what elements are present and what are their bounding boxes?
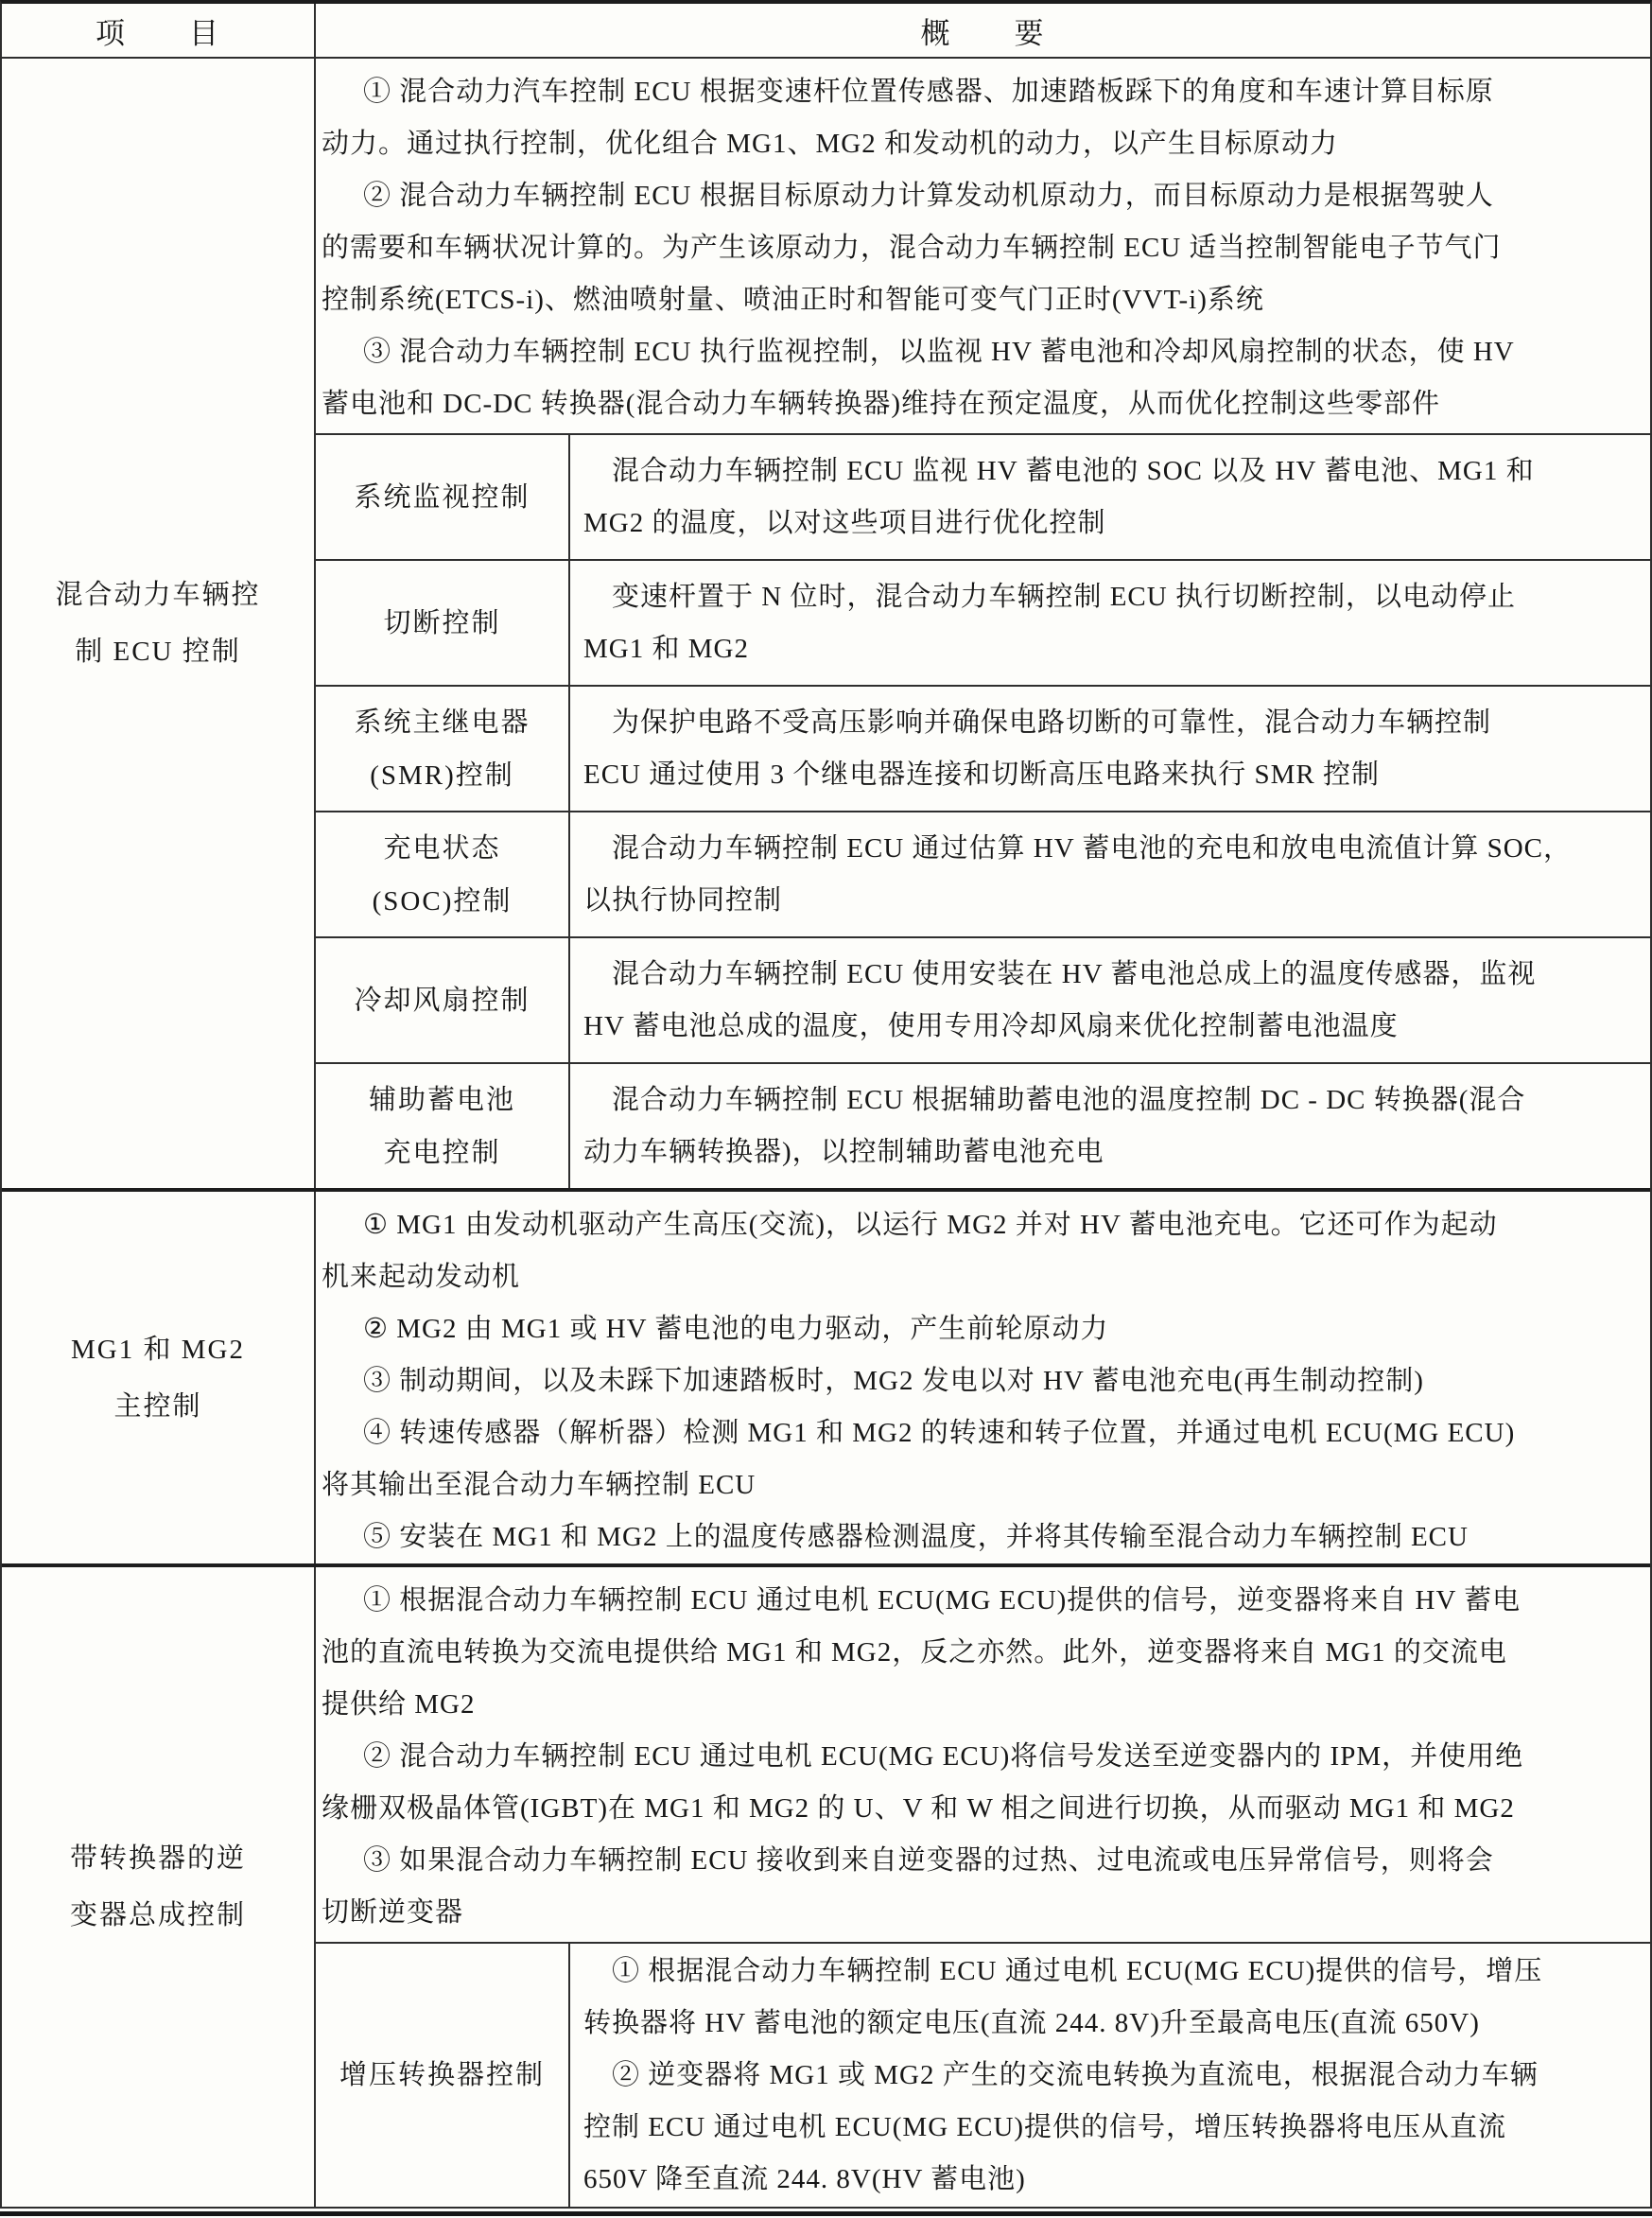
text-line: 混合动力车辆控制 ECU 根据辅助蓄电池的温度控制 DC - DC 转换器(混合: [583, 1074, 1643, 1126]
text-line: 带转换器的逆: [70, 1830, 246, 1887]
section-body: ① MG1 由发动机驱动产生高压(交流)，以运行 MG2 并对 HV 蓄电池充电…: [316, 1192, 1650, 1563]
subrow-aux-battery-charge: 辅助蓄电池充电控制 混合动力车辆控制 ECU 根据辅助蓄电池的温度控制 DC -…: [316, 1062, 1650, 1188]
table-header-row: 项 目 概 要: [2, 4, 1650, 59]
text-line: ECU 通过使用 3 个继电器连接和切断高压电路来执行 SMR 控制: [583, 749, 1643, 801]
subrow-label-cell: 切断控制: [316, 561, 570, 685]
text-line: 系统监视控制: [354, 471, 530, 524]
text-line: ① MG1 由发动机驱动产生高压(交流)，以运行 MG2 并对 HV 蓄电池充电…: [322, 1199, 1639, 1251]
subrow-label-cell: 辅助蓄电池充电控制: [316, 1064, 570, 1188]
subrow-label-cell: 冷却风扇控制: [316, 938, 570, 1062]
text-line: MG1 和 MG2: [583, 623, 1643, 675]
text-line: 混合动力车辆控: [55, 567, 260, 623]
text-line: 混合动力车辆控制 ECU 监视 HV 蓄电池的 SOC 以及 HV 蓄电池、MG…: [583, 445, 1643, 498]
text-line: ② MG2 由 MG1 或 HV 蓄电池的电力驱动，产生前轮原动力: [322, 1303, 1639, 1355]
text-line: 的需要和车辆状况计算的。为产生该原动力，混合动力车辆控制 ECU 适当控制智能电…: [322, 222, 1639, 274]
text-line: ① 混合动力汽车控制 ECU 根据变速杆位置传感器、加速踏板踩下的角度和车速计算…: [322, 66, 1639, 118]
section-hv-ecu-control: 混合动力车辆控制 ECU 控制 ① 混合动力汽车控制 ECU 根据变速杆位置传感…: [2, 59, 1650, 1192]
subrow-content-cell: ① 根据混合动力车辆控制 ECU 通过电机 ECU(MG ECU)提供的信号，增…: [570, 1944, 1650, 2207]
text-line: 蓄电池和 DC-DC 转换器(混合动力车辆转换器)维持在预定温度，从而优化控制这…: [322, 378, 1639, 430]
section-label-cell: 混合动力车辆控制 ECU 控制: [2, 59, 316, 1188]
text-line: 650V 降至直流 244. 8V(HV 蓄电池): [583, 2154, 1643, 2206]
text-line: MG2 的温度，以对这些项目进行优化控制: [583, 498, 1643, 550]
text-line: ③ 如果混合动力车辆控制 ECU 接收到来自逆变器的过热、过电流或电压异常信号，…: [322, 1835, 1639, 1887]
subrow-system-monitor: 系统监视控制 混合动力车辆控制 ECU 监视 HV 蓄电池的 SOC 以及 HV…: [316, 433, 1650, 559]
text-line: ③ 混合动力车辆控制 ECU 执行监视控制，以监视 HV 蓄电池和冷却风扇控制的…: [322, 326, 1639, 378]
text-line: 变器总成控制: [70, 1887, 246, 1944]
text-line: 控制 ECU 通过电机 ECU(MG ECU)提供的信号，增压转换器将电压从直流: [583, 2102, 1643, 2154]
intro-cell: ① 混合动力汽车控制 ECU 根据变速杆位置传感器、加速踏板踩下的角度和车速计算…: [316, 59, 1650, 433]
text-line: 混合动力车辆控制 ECU 使用安装在 HV 蓄电池总成上的温度传感器，监视: [583, 949, 1643, 1001]
subrow-label-cell: 系统主继电器(SMR)控制: [316, 687, 570, 811]
text-line: MG1 和 MG2: [71, 1321, 245, 1378]
header-cell-item: 项 目: [2, 4, 316, 57]
subrow-label-cell: 充电状态(SOC)控制: [316, 812, 570, 936]
subrow-content-cell: 为保护电路不受高压影响并确保电路切断的可靠性，混合动力车辆控制ECU 通过使用 …: [570, 687, 1650, 811]
subrow-label-cell: 系统监视控制: [316, 435, 570, 559]
text-line: 缘栅双极晶体管(IGBT)在 MG1 和 MG2 的 U、V 和 W 相之间进行…: [322, 1783, 1639, 1835]
text-line: 提供给 MG2: [322, 1679, 1639, 1731]
summary-table: 项 目 概 要 混合动力车辆控制 ECU 控制 ① 混合动力汽车控制 ECU 根…: [0, 0, 1652, 2209]
text-line: ④ 转速传感器（解析器）检测 MG1 和 MG2 的转速和转子位置，并通过电机 …: [322, 1407, 1639, 1459]
section-mg1-mg2-control: MG1 和 MG2主控制 ① MG1 由发动机驱动产生高压(交流)，以运行 MG…: [2, 1192, 1650, 1567]
text-line: 切断逆变器: [322, 1887, 1639, 1939]
subrow-content-cell: 混合动力车辆控制 ECU 根据辅助蓄电池的温度控制 DC - DC 转换器(混合…: [570, 1064, 1650, 1188]
subrow-content-cell: 混合动力车辆控制 ECU 通过估算 HV 蓄电池的充电和放电电流值计算 SOC，…: [570, 812, 1650, 936]
subrow-smr-control: 系统主继电器(SMR)控制 为保护电路不受高压影响并确保电路切断的可靠性，混合动…: [316, 685, 1650, 811]
text-line: ① 根据混合动力车辆控制 ECU 通过电机 ECU(MG ECU)提供的信号，逆…: [322, 1575, 1639, 1627]
text-line: 切断控制: [383, 597, 500, 650]
text-line: 以执行协同控制: [583, 875, 1643, 927]
text-line: (SMR)控制: [370, 749, 514, 802]
text-line: ① 根据混合动力车辆控制 ECU 通过电机 ECU(MG ECU)提供的信号，增…: [583, 1946, 1643, 1998]
subrow-label-cell: 增压转换器控制: [316, 1944, 570, 2207]
subrow-content-cell: 混合动力车辆控制 ECU 使用安装在 HV 蓄电池总成上的温度传感器，监视HV …: [570, 938, 1650, 1062]
text-line: 动力。通过执行控制，优化组合 MG1、MG2 和发动机的动力，以产生目标原动力: [322, 118, 1639, 170]
text-line: 转换器将 HV 蓄电池的额定电压(直流 244. 8V)升至最高电压(直流 65…: [583, 1998, 1643, 2050]
subrow-content-cell: 变速杆置于 N 位时，混合动力车辆控制 ECU 执行切断控制，以电动停止MG1 …: [570, 561, 1650, 685]
subrow-soc-control: 充电状态(SOC)控制 混合动力车辆控制 ECU 通过估算 HV 蓄电池的充电和…: [316, 811, 1650, 936]
text-line: 主控制: [113, 1378, 201, 1435]
subrow-cooling-fan-control: 冷却风扇控制 混合动力车辆控制 ECU 使用安装在 HV 蓄电池总成上的温度传感…: [316, 936, 1650, 1062]
text-line: 控制系统(ETCS-i)、燃油喷射量、喷油正时和智能可变气门正时(VVT-i)系…: [322, 274, 1639, 326]
subrow-content-cell: 混合动力车辆控制 ECU 监视 HV 蓄电池的 SOC 以及 HV 蓄电池、MG…: [570, 435, 1650, 559]
section-inverter-assembly-control: 带转换器的逆变器总成控制 ① 根据混合动力车辆控制 ECU 通过电机 ECU(M…: [2, 1567, 1650, 2207]
intro-cell: ① 根据混合动力车辆控制 ECU 通过电机 ECU(MG ECU)提供的信号，逆…: [316, 1567, 1650, 1942]
text-line: 充电控制: [383, 1126, 500, 1179]
text-line: 池的直流电转换为交流电提供给 MG1 和 MG2，反之亦然。此外，逆变器将来自 …: [322, 1627, 1639, 1679]
text-line: 动力车辆转换器)，以控制辅助蓄电池充电: [583, 1126, 1643, 1179]
text-line: 系统主继电器: [354, 696, 530, 749]
text-line: ② 混合动力车辆控制 ECU 通过电机 ECU(MG ECU)将信号发送至逆变器…: [322, 1731, 1639, 1783]
section-body: ① 混合动力汽车控制 ECU 根据变速杆位置传感器、加速踏板踩下的角度和车速计算…: [316, 59, 1650, 1188]
text-line: 为保护电路不受高压影响并确保电路切断的可靠性，混合动力车辆控制: [583, 697, 1643, 749]
page-bottom-rule: [0, 2211, 1652, 2216]
text-line: ② 逆变器将 MG1 或 MG2 产生的交流电转换为直流电，根据混合动力车辆: [583, 2050, 1643, 2102]
text-line: 辅助蓄电池: [369, 1074, 515, 1126]
text-line: ③ 制动期间，以及未踩下加速踏板时，MG2 发电以对 HV 蓄电池充电(再生制动…: [322, 1355, 1639, 1407]
section-label-cell: MG1 和 MG2主控制: [2, 1192, 316, 1563]
intro-cell: ① MG1 由发动机驱动产生高压(交流)，以运行 MG2 并对 HV 蓄电池充电…: [316, 1192, 1650, 1563]
text-line: (SOC)控制: [373, 875, 513, 928]
subrow-cutoff-control: 切断控制 变速杆置于 N 位时，混合动力车辆控制 ECU 执行切断控制，以电动停…: [316, 559, 1650, 685]
header-cell-summary: 概 要: [316, 4, 1650, 57]
subrow-boost-converter-control: 增压转换器控制 ① 根据混合动力车辆控制 ECU 通过电机 ECU(MG ECU…: [316, 1942, 1650, 2207]
text-line: HV 蓄电池总成的温度，使用专用冷却风扇来优化控制蓄电池温度: [583, 1001, 1643, 1053]
text-line: 充电状态: [383, 822, 500, 875]
text-line: 混合动力车辆控制 ECU 通过估算 HV 蓄电池的充电和放电电流值计算 SOC，: [583, 823, 1643, 875]
section-label-cell: 带转换器的逆变器总成控制: [2, 1567, 316, 2207]
text-line: ② 混合动力车辆控制 ECU 根据目标原动力计算发动机原动力，而目标原动力是根据…: [322, 170, 1639, 222]
text-line: 机来起动发动机: [322, 1251, 1639, 1303]
text-line: 将其输出至混合动力车辆控制 ECU: [322, 1459, 1639, 1511]
section-body: ① 根据混合动力车辆控制 ECU 通过电机 ECU(MG ECU)提供的信号，逆…: [316, 1567, 1650, 2207]
text-line: 冷却风扇控制: [354, 974, 530, 1027]
text-line: 变速杆置于 N 位时，混合动力车辆控制 ECU 执行切断控制，以电动停止: [583, 571, 1643, 623]
text-line: 增压转换器控制: [339, 2049, 545, 2102]
text-line: ⑤ 安装在 MG1 和 MG2 上的温度传感器检测温度，并将其传输至混合动力车辆…: [322, 1511, 1639, 1563]
text-line: 制 ECU 控制: [75, 623, 241, 680]
